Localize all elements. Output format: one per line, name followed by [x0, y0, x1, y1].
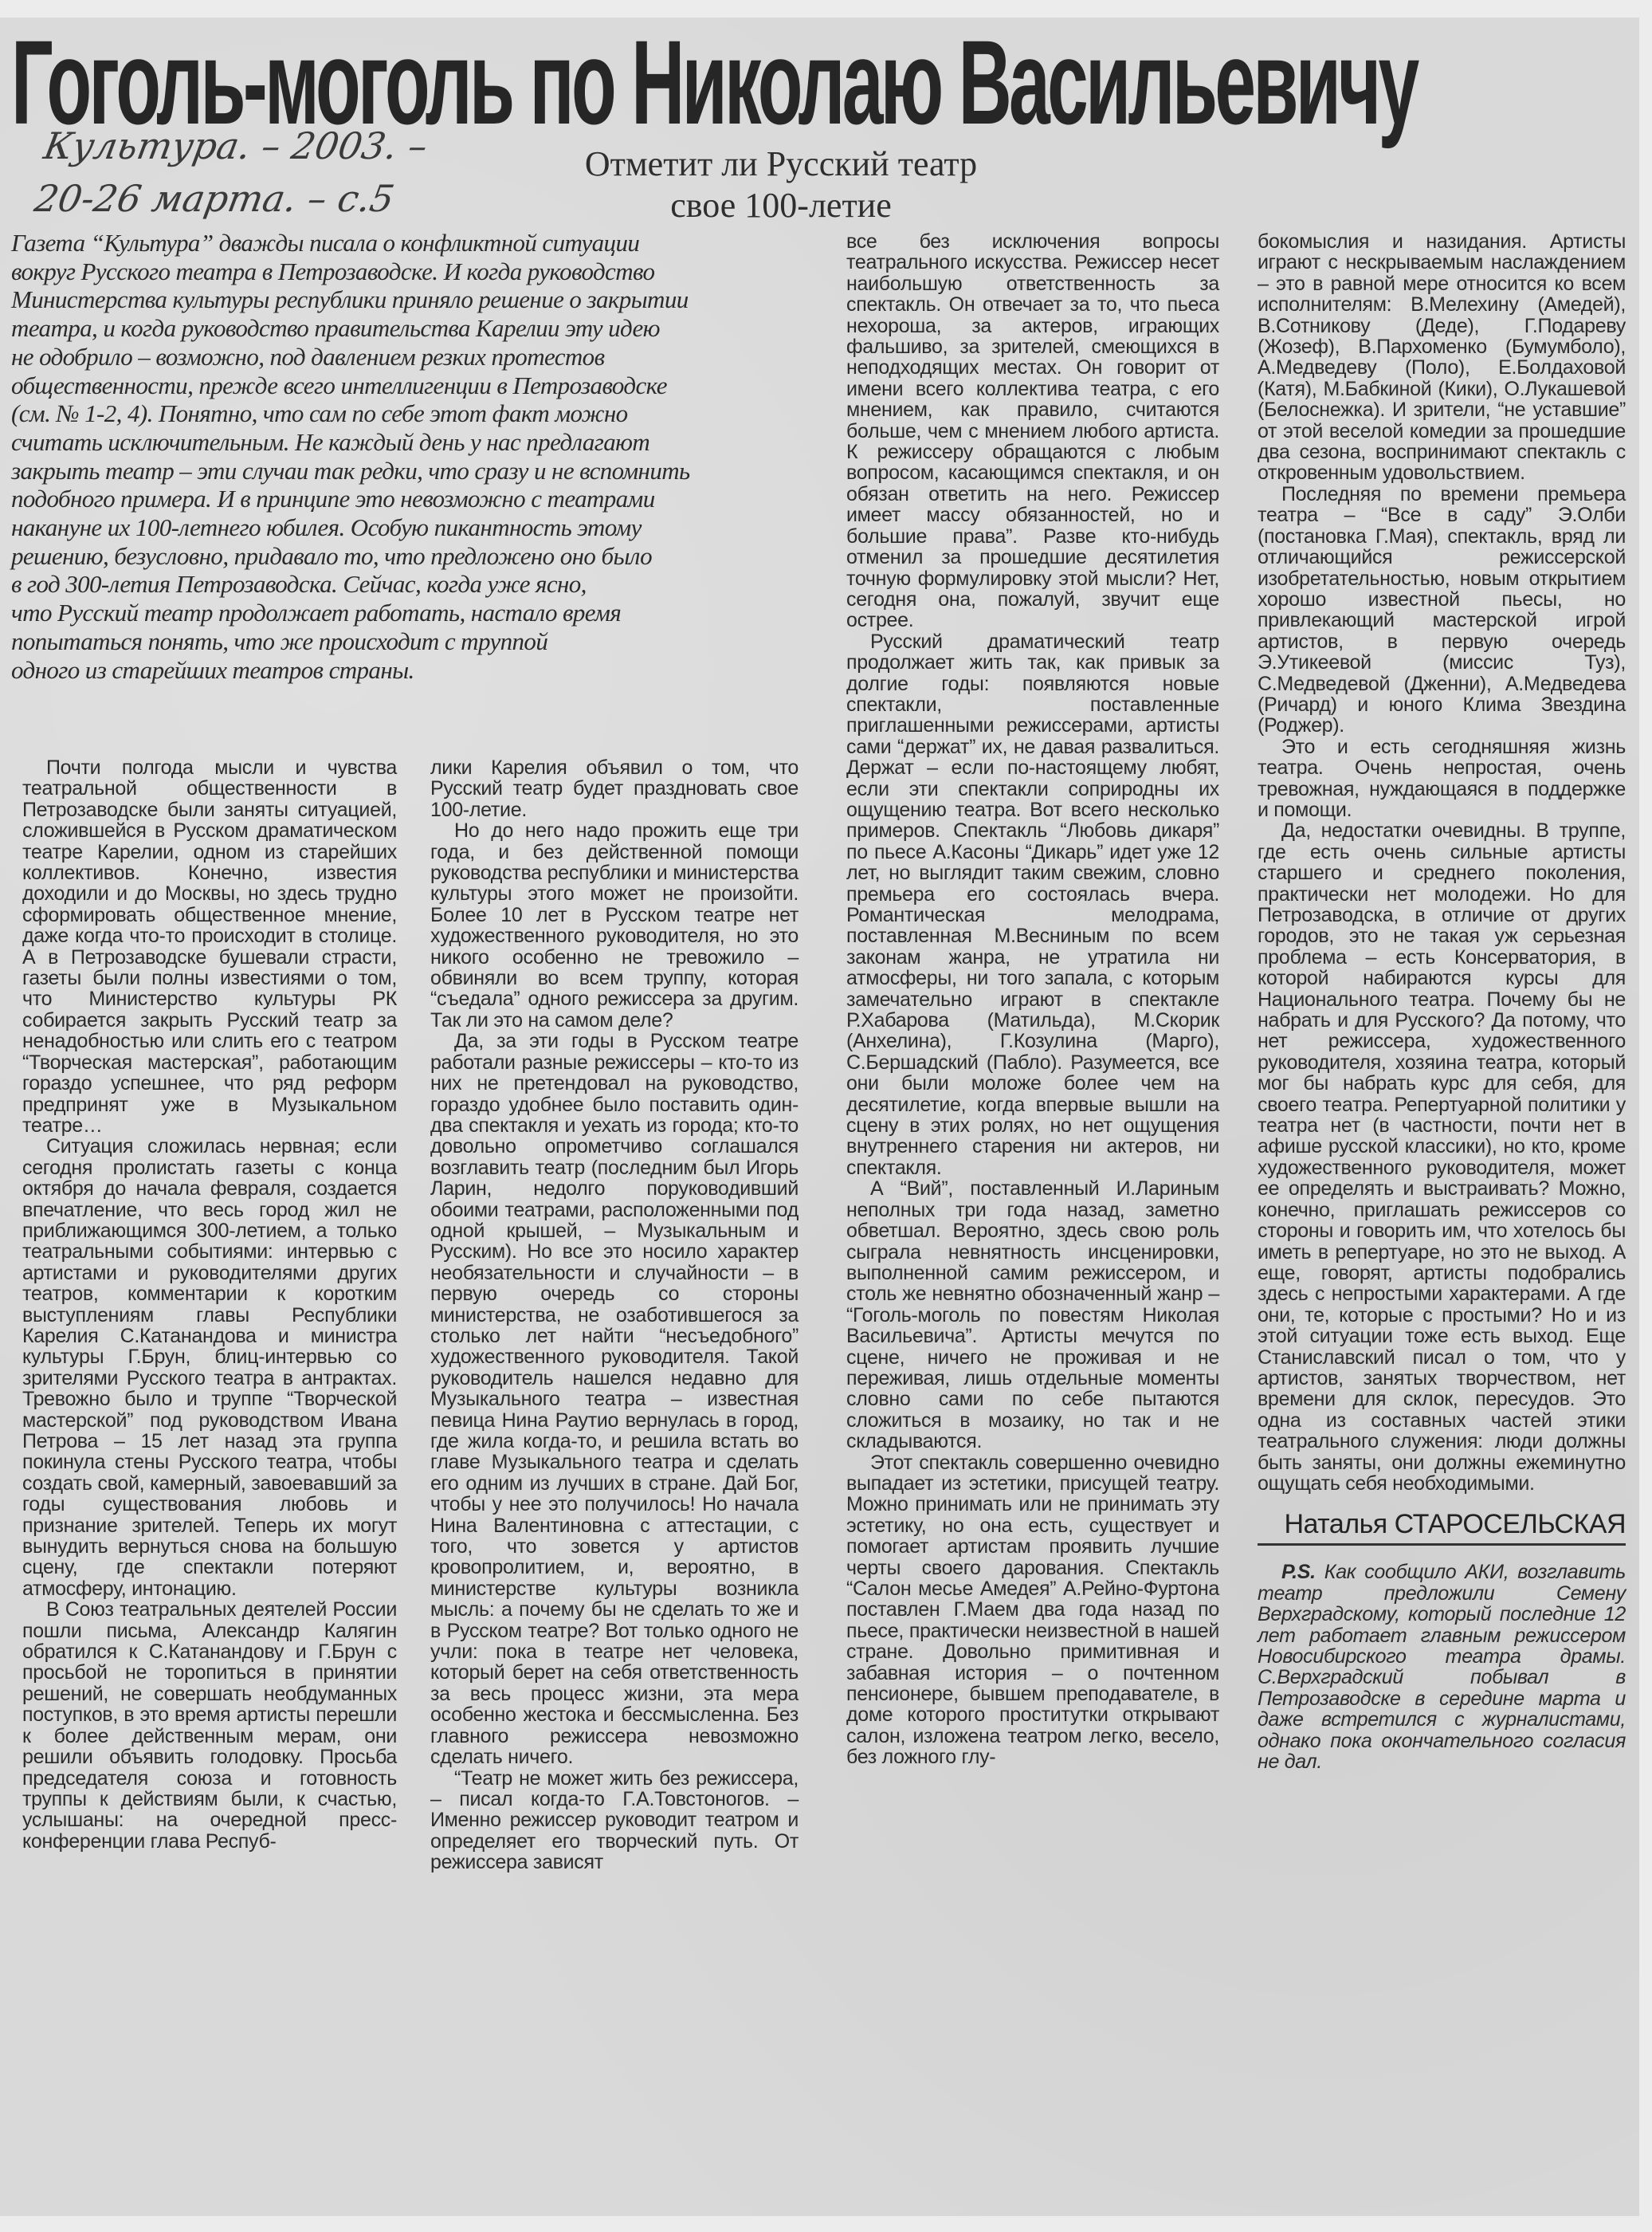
paragraph: Последняя по времени премьера театра – “… — [1258, 484, 1626, 737]
article-lead-paragraph: Газета “Культура” дважды писала о конфли… — [11, 229, 816, 684]
postscript-text: Как сообщило АКИ, возглавить театр предл… — [1258, 1561, 1626, 1773]
lead-line: одного из старейших театров страны. — [11, 656, 816, 685]
text-column-2: лики Карелия объявил о том, что Русский … — [430, 757, 799, 1873]
newspaper-page: Гоголь-моголь по Николаю Васильевичу Кул… — [0, 0, 1652, 2232]
handwritten-note-line-1: Культура. – 2003. – — [40, 120, 528, 172]
scan-margin-right — [1639, 18, 1652, 2232]
postscript-label: P.S. — [1281, 1561, 1316, 1583]
lead-line: не одобрило – возможно, под давлением ре… — [11, 343, 816, 371]
paragraph: Да, за эти годы в Русском театре работал… — [430, 1031, 799, 1767]
lead-line: попытаться понять, что же происходит с т… — [11, 627, 816, 656]
lead-line: (см. № 1-2, 4). Понятно, что сам по себе… — [11, 399, 816, 428]
paragraph: А “Вий”, поставленный И.Лариным неполных… — [846, 1178, 1219, 1452]
scan-margin-bottom — [0, 2216, 1652, 2232]
lead-line: закрыть театр – эти случаи так редки, чт… — [11, 457, 816, 485]
paragraph: Почти полгода мысли и чувства театрально… — [22, 757, 397, 1136]
lead-line: общественности, прежде всего интеллигенц… — [11, 371, 816, 400]
author-first-name: Наталья — [1284, 1509, 1387, 1539]
paragraph: Но до него надо прожить еще три года, и … — [430, 820, 799, 1031]
paragraph: Русский драматический театр продолжает ж… — [846, 631, 1219, 1179]
paragraph: Ситуация сложилась нервная; если сегодня… — [22, 1136, 397, 1599]
paragraph-continued: лики Карелия объявил о том, что Русский … — [430, 757, 799, 820]
text-column-1: Почти полгода мысли и чувства театрально… — [22, 757, 397, 1852]
paragraph-continued: бокомыслия и назидания. Артисты играют с… — [1258, 231, 1626, 484]
text-column-4: бокомыслия и назидания. Артисты играют с… — [1258, 231, 1626, 1772]
lead-line: Газета “Культура” дважды писала о конфли… — [11, 229, 816, 257]
postscript: P.S. Как сообщило АКИ, возглавить театр … — [1258, 1562, 1626, 1772]
lead-line: вокруг Русского театра в Петрозаводске. … — [11, 257, 816, 286]
lead-line: накануне их 100-летнего юбилея. Особую п… — [11, 513, 816, 542]
handwritten-source-note: Культура. – 2003. – 20-26 марта. – с.5 — [30, 120, 527, 225]
author-last-name: СТАРОСЕЛЬСКАЯ — [1395, 1509, 1626, 1539]
subheadline-line-1: Отметит ли Русский театр — [558, 143, 1004, 185]
lead-line: в год 300-летия Петрозаводска. Сейчас, к… — [11, 570, 816, 599]
lead-line: решению, безусловно, придавало то, что п… — [11, 542, 816, 571]
lead-line: театра, и когда руководство правительств… — [11, 314, 816, 343]
text-column-3: все без исключения вопросы театрального … — [846, 231, 1219, 1768]
article-subheadline: Отметит ли Русский театр свое 100-летие — [558, 143, 1004, 226]
lead-line: подобного примера. И в принципе это нево… — [11, 485, 816, 513]
lead-line: считать исключительным. Не каждый день у… — [11, 428, 816, 457]
lead-line: Министерства культуры республики приняло… — [11, 285, 816, 314]
paragraph: “Театр не может жить без режиссера, – пи… — [430, 1768, 799, 1873]
lead-line: что Русский театр продолжает работать, н… — [11, 599, 816, 627]
handwritten-note-line-2: 20-26 марта. – с.5 — [30, 172, 518, 225]
paragraph: В Союз театральных деятелей России пошли… — [22, 1599, 397, 1852]
paragraph: Этот спектакль совершенно очевидно выпад… — [846, 1452, 1219, 1768]
author-byline: Наталья СТАРОСЕЛЬСКАЯ — [1258, 1508, 1626, 1546]
subheadline-line-2: свое 100-летие — [558, 185, 1004, 226]
paragraph-continued: все без исключения вопросы театрального … — [846, 231, 1219, 631]
paragraph: Это и есть сегодняшняя жизнь театра. Оче… — [1258, 737, 1626, 821]
paragraph: Да, недостатки очевидны. В труппе, где е… — [1258, 820, 1626, 1494]
